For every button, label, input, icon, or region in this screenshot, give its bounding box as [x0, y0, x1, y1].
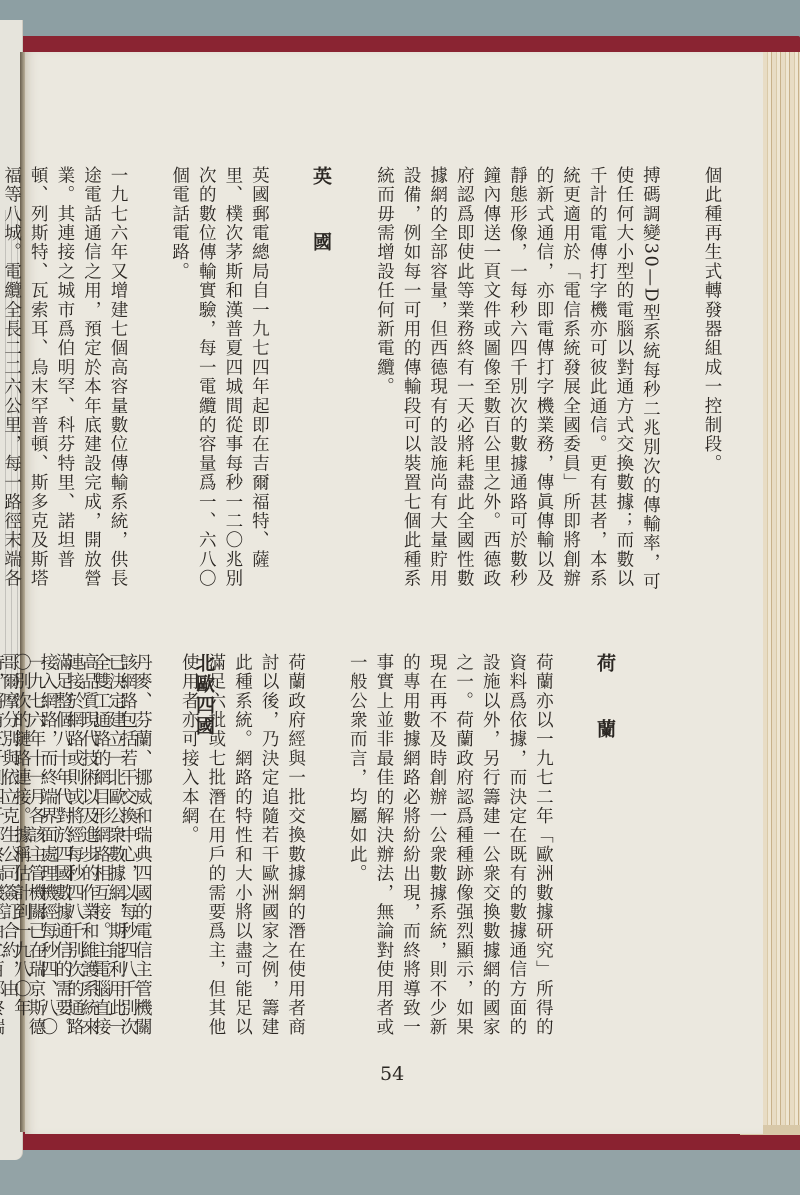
section-heading-nordic: 北歐四國 [190, 653, 350, 1043]
backdrop-bottom [0, 1150, 800, 1195]
page-number: 54 [380, 1063, 404, 1085]
section-nordic: 北歐四國 丹麥、芬蘭、挪威和瑞典四國的電信主管機關已決定建立一北歐公衆數據網，期… [70, 653, 350, 1043]
backdrop-top [0, 0, 800, 40]
paragraph: 丹麥、芬蘭、挪威和瑞典四國的電信主管機關已決定建立一北歐公衆數據網，期能利用此一… [0, 653, 190, 1043]
section-uk: 英 國 英國郵電總局自一九七四年起即在吉爾福特、薩里、樸次茅斯和漢普夏四城間從事… [68, 166, 448, 606]
paragraph: 一九七六年又增建七個高容量數位傳輸系統，供長途電話通信之用，預定於本年底建設完成… [0, 166, 166, 606]
section-netherlands: 荷 蘭 荷蘭亦以一九七二年「歐洲數據研究」所得的資料爲依據，而決定在既有的數據通… [402, 653, 732, 1043]
paragraph: 荷蘭亦以一九七二年「歐洲數據研究」所得的資料爲依據，而決定在既有的數據通信方面的… [344, 653, 592, 1043]
section-heading-netherlands: 荷 蘭 [591, 653, 732, 1043]
section-heading-uk: 英 國 [307, 166, 448, 606]
paragraph: 英國郵電總局自一九七四年起即在吉爾福特、薩里、樸次茅斯和漢普夏四城間從事每秒一二… [166, 166, 307, 606]
paragraph: 個此種再生式轉發器組成一控制段。 [698, 166, 725, 606]
page-stack-edges [763, 52, 800, 1134]
